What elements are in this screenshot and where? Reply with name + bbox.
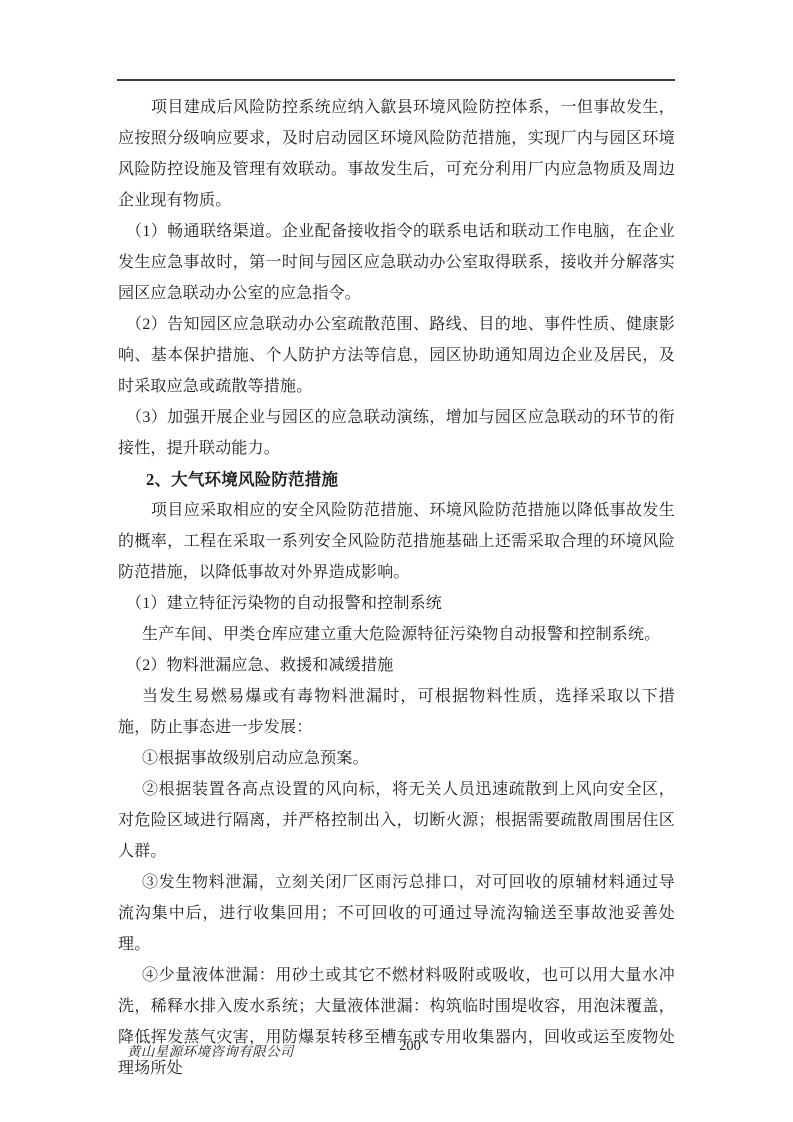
paragraph: 生产车间、甲类仓库应建立重大危险源特征污染物自动报警和控制系统。 (118, 619, 675, 650)
section-heading: 2、大气环境风险防范措施 (118, 464, 675, 495)
page-number: 200 (380, 1038, 440, 1055)
numbered-item: ④少量液体泄漏：用砂土或其它不燃材料吸附或吸收，也可以用大量水冲洗，稀释水排入废… (118, 960, 675, 1084)
paragraph: （1）畅通联络渠道。企业配备接收指令的联系电话和联动工作电脑，在企业发生应急事故… (118, 216, 675, 309)
paragraph: （3）加强开展企业与园区的应急联动演练，增加与园区应急联动的环节的衔接性，提升联… (118, 402, 675, 464)
document-body: 项目建成后风险防控系统应纳入歙县环境风险防控体系，一但事故发生，应按照分级响应要… (118, 92, 675, 1084)
paragraph: 当发生易燃易爆或有毒物料泄漏时，可根据物料性质，选择采取以下措施，防止事态进一步… (118, 681, 675, 743)
numbered-item: ②根据装置各高点设置的风向标，将无关人员迅速疏散到上风向安全区，对危险区域进行隔… (118, 774, 675, 867)
sub-item-heading: （1）建立特征污染物的自动报警和控制系统 (118, 588, 675, 619)
footer-company-name: 黄山星源环境咨询有限公司 (127, 1040, 294, 1060)
numbered-item: ①根据事故级别启动应急预案。 (118, 743, 675, 774)
paragraph: 项目应采取相应的安全风险防范措施、环境风险防范措施以降低事故发生的概率，工程在采… (118, 495, 675, 588)
document-page: 项目建成后风险防控系统应纳入歙县环境风险防控体系，一但事故发生，应按照分级响应要… (0, 0, 793, 1122)
sub-item-heading: （2）物料泄漏应急、救援和减缓措施 (118, 650, 675, 681)
page-footer: 黄山星源环境咨询有限公司 200 (0, 1038, 793, 1062)
numbered-item: ③发生物料泄漏，立刻关闭厂区雨污总排口，对可回收的原辅材料通过导流沟集中后，进行… (118, 867, 675, 960)
paragraph: 项目建成后风险防控系统应纳入歙县环境风险防控体系，一但事故发生，应按照分级响应要… (118, 92, 675, 216)
paragraph: （2）告知园区应急联动办公室疏散范围、路线、目的地、事件性质、健康影响、基本保护… (118, 309, 675, 402)
header-rule (117, 79, 675, 81)
